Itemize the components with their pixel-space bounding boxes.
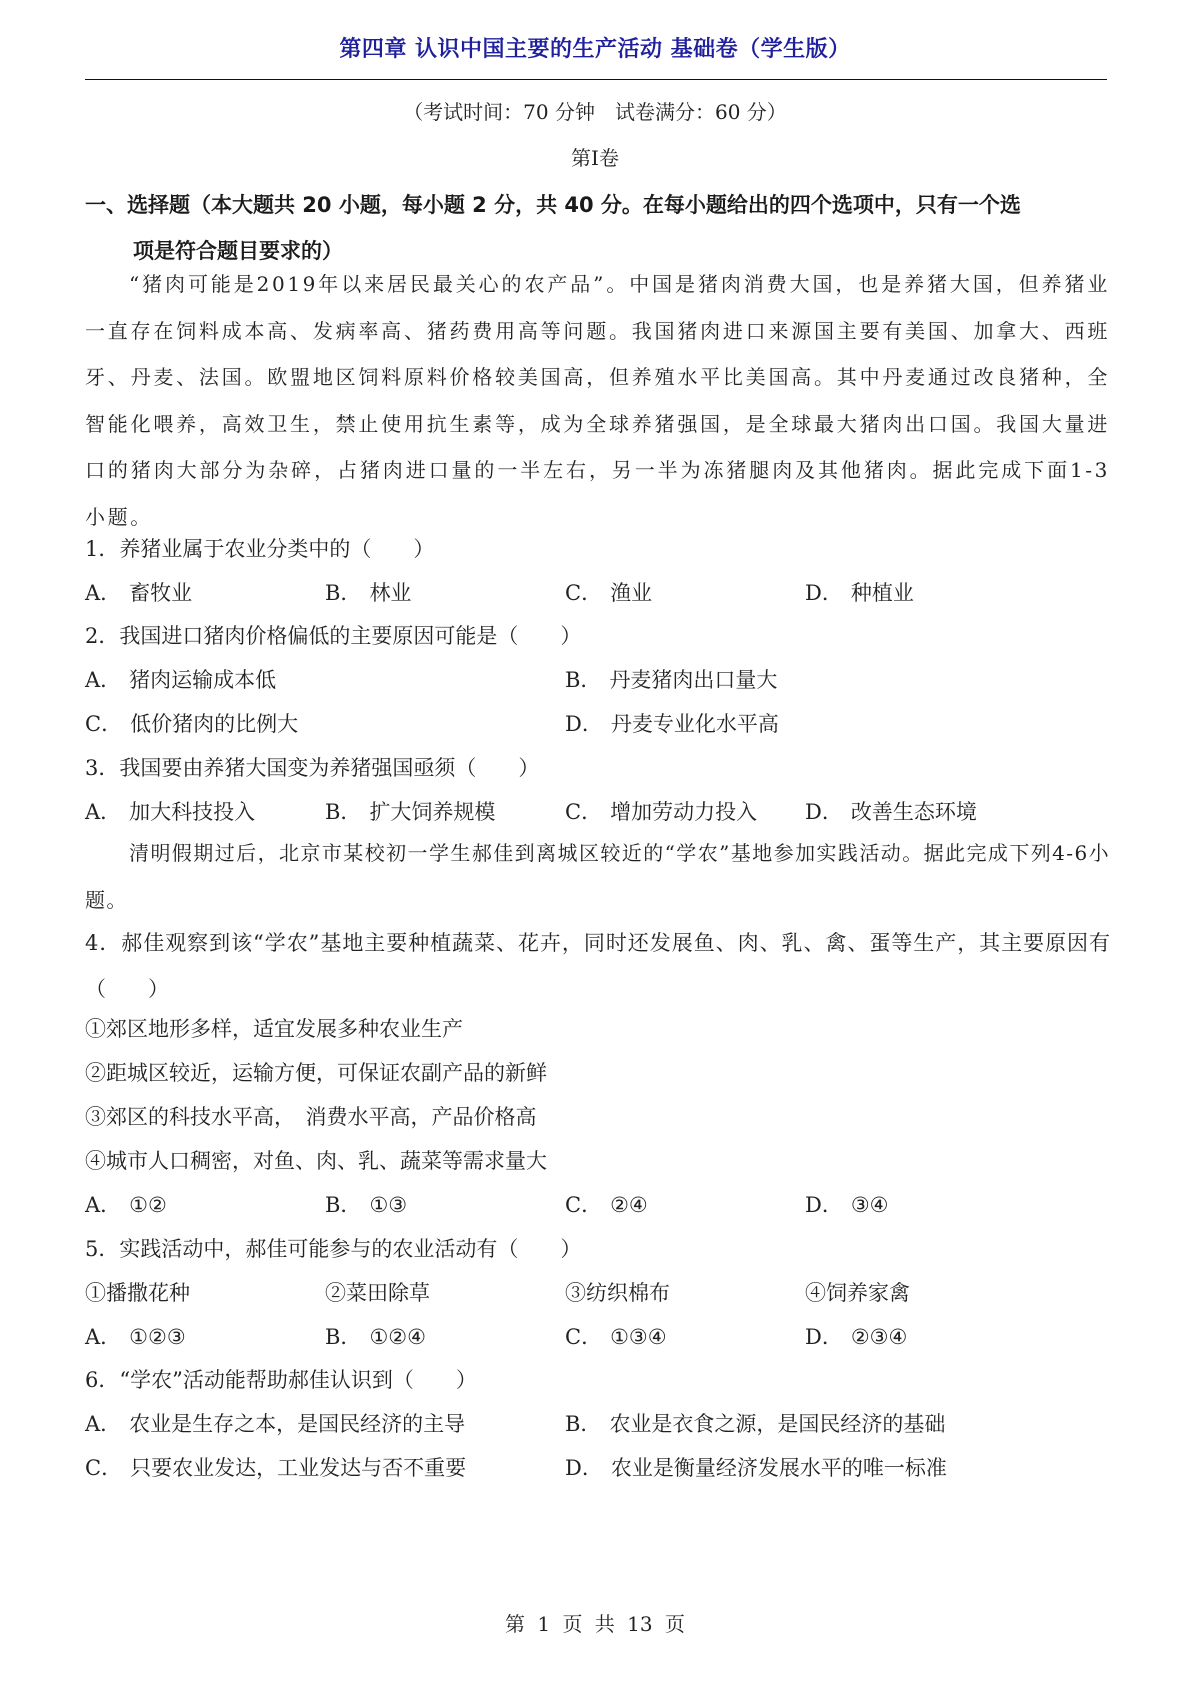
exam-info: （考试时间：70 分钟 试卷满分：60 分）: [0, 96, 1190, 125]
document-title: 第四章 认识中国主要的生产活动 基础卷（学生版）: [0, 32, 1190, 63]
q5-statement-1: ①播撒花种: [85, 1270, 190, 1316]
q5-option-c[interactable]: C．①③④: [565, 1314, 667, 1360]
q4-option-a[interactable]: A．①②: [85, 1182, 167, 1228]
q4-statement-4: ④城市人口稠密，对鱼、肉、乳、蔬菜等需求量大: [85, 1138, 1110, 1184]
q1-option-d[interactable]: D．种植业: [805, 570, 914, 616]
q6-option-c[interactable]: C．只要农业发达，工业发达与否不重要: [85, 1445, 466, 1491]
q5-option-d[interactable]: D．②③④: [805, 1314, 907, 1360]
passage-2-text: 清明假期过后，北京市某校初一学生郝佳到离城区较近的“学农”基地参加实践活动。据此…: [85, 841, 1110, 912]
q3-option-a[interactable]: A．加大科技投入: [85, 789, 255, 835]
q1-option-c[interactable]: C．渔业: [565, 570, 652, 616]
q5-option-a[interactable]: A．①②③: [85, 1314, 186, 1360]
question-3-stem: 3．我国要由养猪大国变为养猪强国亟须（ ）: [85, 745, 1110, 791]
q1-option-a[interactable]: A．畜牧业: [85, 570, 192, 616]
question-3-options: A．加大科技投入 B．扩大饲养规模 C．增加劳动力投入 D．改善生态环境: [85, 789, 1110, 835]
q4-statement-3: ③郊区的科技水平高， 消费水平高，产品价格高: [85, 1094, 1110, 1140]
exam-page: 第四章 认识中国主要的生产活动 基础卷（学生版） （考试时间：70 分钟 试卷满…: [0, 0, 1190, 1682]
q3-option-d[interactable]: D．改善生态环境: [805, 789, 977, 835]
passage-1-text: “猪肉可能是2019年以来居民最关心的农产品”。中国是猪肉消费大国，也是养猪大国…: [85, 272, 1110, 529]
question-1-options: A．畜牧业 B．林业 C．渔业 D．种植业: [85, 570, 1110, 616]
question-6-options-row1: A．农业是生存之本，是国民经济的主导 B．农业是衣食之源，是国民经济的基础: [85, 1401, 1110, 1447]
section-heading-line1: 一、选择题（本大题共 20 小题，每小题 2 分，共 40 分。在每小题给出的四…: [85, 193, 1021, 217]
q5-statement-4: ④饲养家禽: [805, 1270, 910, 1316]
question-6-options-row2: C．只要农业发达，工业发达与否不重要 D．农业是衡量经济发展水平的唯一标准: [85, 1445, 1110, 1491]
question-5-statements: ①播撒花种 ②菜田除草 ③纺织棉布 ④饲养家禽: [85, 1270, 1110, 1316]
q2-option-a[interactable]: A．猪肉运输成本低: [85, 657, 276, 703]
q6-option-a[interactable]: A．农业是生存之本，是国民经济的主导: [85, 1401, 465, 1447]
q5-statement-2: ②菜田除草: [325, 1270, 430, 1316]
question-5-options: A．①②③ B．①②④ C．①③④ D．②③④: [85, 1314, 1110, 1360]
question-4-options: A．①② B．①③ C．②④ D．③④: [85, 1182, 1110, 1228]
question-1-stem: 1．养猪业属于农业分类中的（ ）: [85, 526, 1110, 572]
q3-option-c[interactable]: C．增加劳动力投入: [565, 789, 757, 835]
q5-statement-3: ③纺织棉布: [565, 1270, 670, 1316]
question-2-options-row1: A．猪肉运输成本低 B．丹麦猪肉出口量大: [85, 657, 1110, 703]
q3-option-b[interactable]: B．扩大饲养规模: [325, 789, 495, 835]
q6-option-d[interactable]: D．农业是衡量经济发展水平的唯一标准: [565, 1445, 947, 1491]
question-2-options-row2: C．低价猪肉的比例大 D．丹麦专业化水平高: [85, 701, 1110, 747]
page-footer: 第 1 页 共 13 页: [0, 1608, 1190, 1637]
q4-option-b[interactable]: B．①③: [325, 1182, 407, 1228]
q4-option-d[interactable]: D．③④: [805, 1182, 889, 1228]
q2-option-d[interactable]: D．丹麦专业化水平高: [565, 701, 779, 747]
q2-option-c[interactable]: C．低价猪肉的比例大: [85, 701, 298, 747]
q1-option-b[interactable]: B．林业: [325, 570, 411, 616]
question-6-stem: 6．“学农”活动能帮助郝佳认识到（ ）: [85, 1357, 1110, 1403]
question-5-stem: 5．实践活动中，郝佳可能参与的农业活动有（ ）: [85, 1226, 1110, 1272]
q6-option-b[interactable]: B．农业是衣食之源，是国民经济的基础: [565, 1401, 945, 1447]
question-2-stem: 2．我国进口猪肉价格偏低的主要原因可能是（ ）: [85, 613, 1110, 659]
q5-option-b[interactable]: B．①②④: [325, 1314, 426, 1360]
q4-statement-2: ②距城区较近，运输方便，可保证农副产品的新鲜: [85, 1050, 1110, 1096]
reading-passage-1: “猪肉可能是2019年以来居民最关心的农产品”。中国是猪肉消费大国，也是养猪大国…: [85, 261, 1110, 540]
volume-label: 第I卷: [0, 142, 1190, 171]
q2-option-b[interactable]: B．丹麦猪肉出口量大: [565, 657, 777, 703]
question-4-stem: 4．郝佳观察到该“学农”基地主要种植蔬菜、花卉，同时还发展鱼、肉、乳、禽、蛋等生…: [85, 920, 1110, 1012]
q4-statement-1: ①郊区地形多样，适宜发展多种农业生产: [85, 1006, 1110, 1052]
q4-option-c[interactable]: C．②④: [565, 1182, 648, 1228]
reading-passage-2: 清明假期过后，北京市某校初一学生郝佳到离城区较近的“学农”基地参加实践活动。据此…: [85, 830, 1110, 923]
header-divider: [85, 79, 1107, 80]
